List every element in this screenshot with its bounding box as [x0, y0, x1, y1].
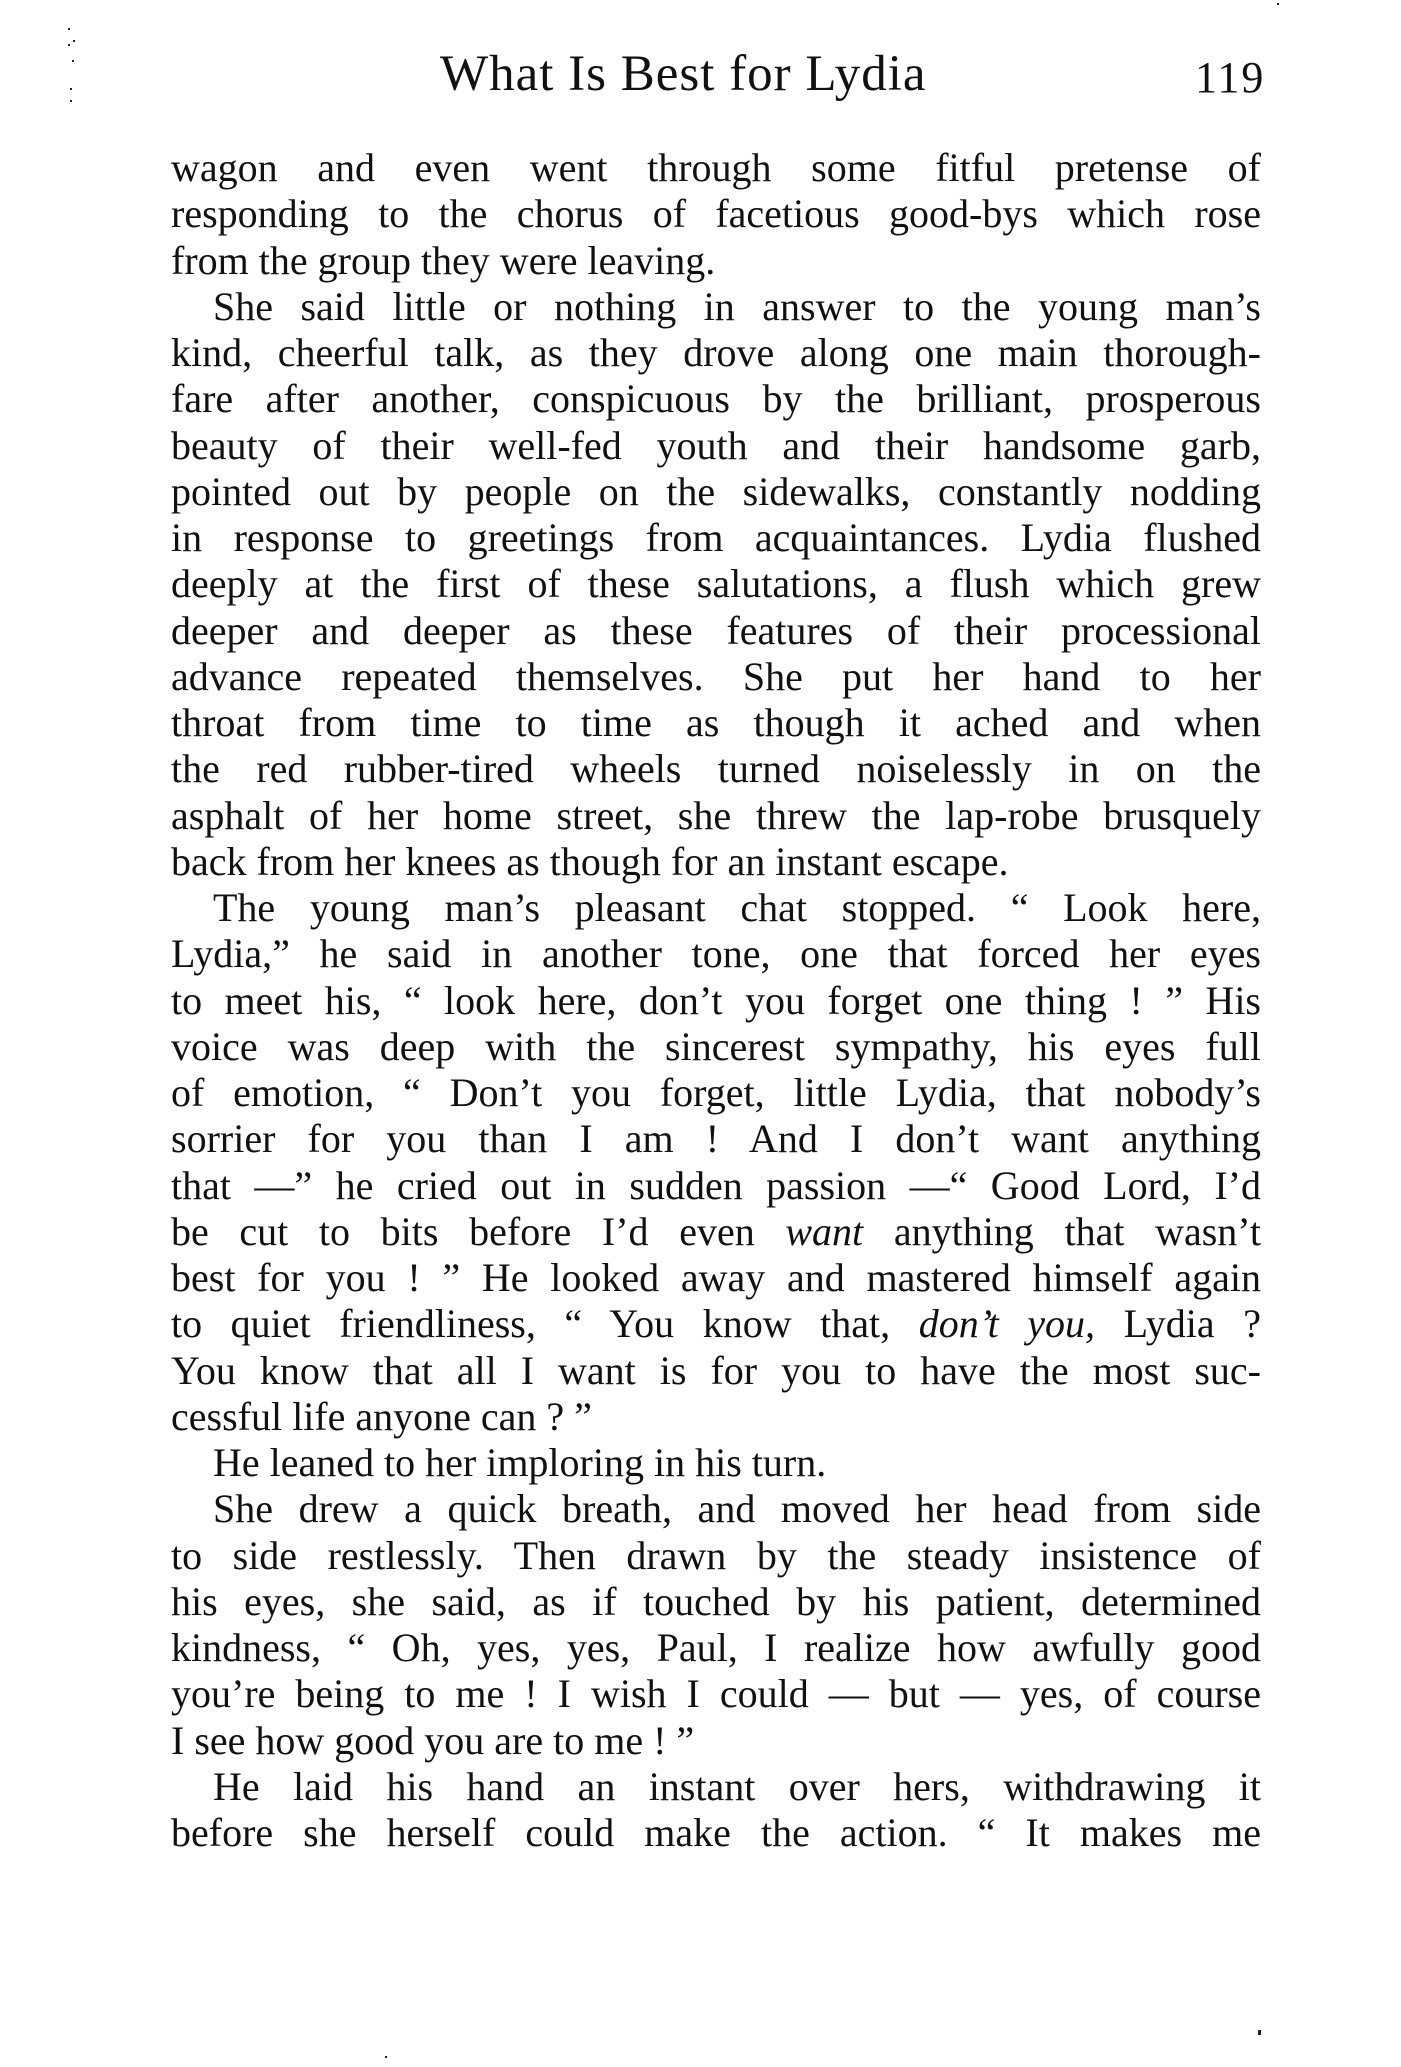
scan-speck — [1277, 3, 1279, 5]
running-title: What Is Best for Lydia — [440, 44, 927, 104]
text-line: back from her knees as though for an ins… — [171, 839, 1261, 885]
text-line: to quiet friendliness, “ You know that, … — [171, 1301, 1261, 1347]
text-line: best for you ! ” He looked away and mast… — [171, 1255, 1261, 1301]
text-line: sorrier for you than I am ! And I don’t … — [171, 1116, 1261, 1162]
scan-speck — [70, 100, 72, 102]
scan-speck — [385, 2056, 387, 2058]
text-line: I see how good you are to me ! ” — [171, 1718, 1261, 1764]
text-line: of emotion, “ Don’t you forget, little L… — [171, 1070, 1261, 1116]
scan-speck — [73, 40, 75, 42]
text-line: The young man’s pleasant chat stopped. “… — [171, 885, 1261, 931]
text-line: He leaned to her imploring in his turn. — [171, 1440, 1261, 1486]
text-line: kind, cheerful talk, as they drove along… — [171, 330, 1261, 376]
text-line: She drew a quick breath, and moved her h… — [171, 1486, 1261, 1532]
text-line: deeper and deeper as these features of t… — [171, 608, 1261, 654]
text-line: from the group they were leaving. — [171, 238, 1261, 284]
text-line: cessful life anyone can ? ” — [171, 1394, 1261, 1440]
scan-speck — [68, 28, 70, 30]
scan-speck — [1258, 2030, 1261, 2035]
scan-speck — [68, 44, 70, 46]
text-line: deeply at the first of these salutations… — [171, 561, 1261, 607]
text-line: beauty of their well-fed youth and their… — [171, 423, 1261, 469]
text-line: that —” he cried out in sudden passion —… — [171, 1163, 1261, 1209]
text-line: to side restlessly. Then drawn by the st… — [171, 1533, 1261, 1579]
text-line: He laid his hand an instant over hers, w… — [171, 1764, 1261, 1810]
text-line: Lydia,” he said in another tone, one tha… — [171, 931, 1261, 977]
text-run: Lydia ? — [1095, 1301, 1261, 1346]
text-line: wagon and even went through some fitful … — [171, 145, 1261, 191]
text-line: pointed out by people on the sidewalks, … — [171, 469, 1261, 515]
page-number: 119 — [1195, 48, 1265, 108]
text-line: kindness, “ Oh, yes, yes, Paul, I realiz… — [171, 1625, 1261, 1671]
text-run: anything that wasn’t — [863, 1209, 1261, 1254]
text-line: be cut to bits before I’d even want anyt… — [171, 1209, 1261, 1255]
scan-speck — [72, 60, 74, 62]
text-line: in response to greetings from acquaintan… — [171, 515, 1261, 561]
italic-emphasis: want — [785, 1209, 863, 1254]
book-page: What Is Best for Lydia 119 wagon and eve… — [0, 0, 1401, 2067]
text-line: advance repeated themselves. She put her… — [171, 654, 1261, 700]
text-run: be cut to bits before I’d even — [171, 1209, 785, 1254]
text-line: before she herself could make the action… — [171, 1810, 1261, 1856]
text-line: to meet his, “ look here, don’t you forg… — [171, 978, 1261, 1024]
scan-speck — [70, 88, 72, 90]
text-line: his eyes, she said, as if touched by his… — [171, 1579, 1261, 1625]
text-line: She said little or nothing in answer to … — [171, 284, 1261, 330]
text-line: voice was deep with the sincerest sympat… — [171, 1024, 1261, 1070]
text-line: you’re being to me ! I wish I could — bu… — [171, 1671, 1261, 1717]
text-line: the red rubber-tired wheels turned noise… — [171, 746, 1261, 792]
text-line: throat from time to time as though it ac… — [171, 700, 1261, 746]
text-line: fare after another, conspicuous by the b… — [171, 376, 1261, 422]
text-run: to quiet friendliness, “ You know that, — [171, 1301, 919, 1346]
italic-emphasis: don’t you, — [919, 1301, 1095, 1346]
text-line: asphalt of her home street, she threw th… — [171, 793, 1261, 839]
text-line: You know that all I want is for you to h… — [171, 1348, 1261, 1394]
text-line: responding to the chorus of facetious go… — [171, 191, 1261, 237]
